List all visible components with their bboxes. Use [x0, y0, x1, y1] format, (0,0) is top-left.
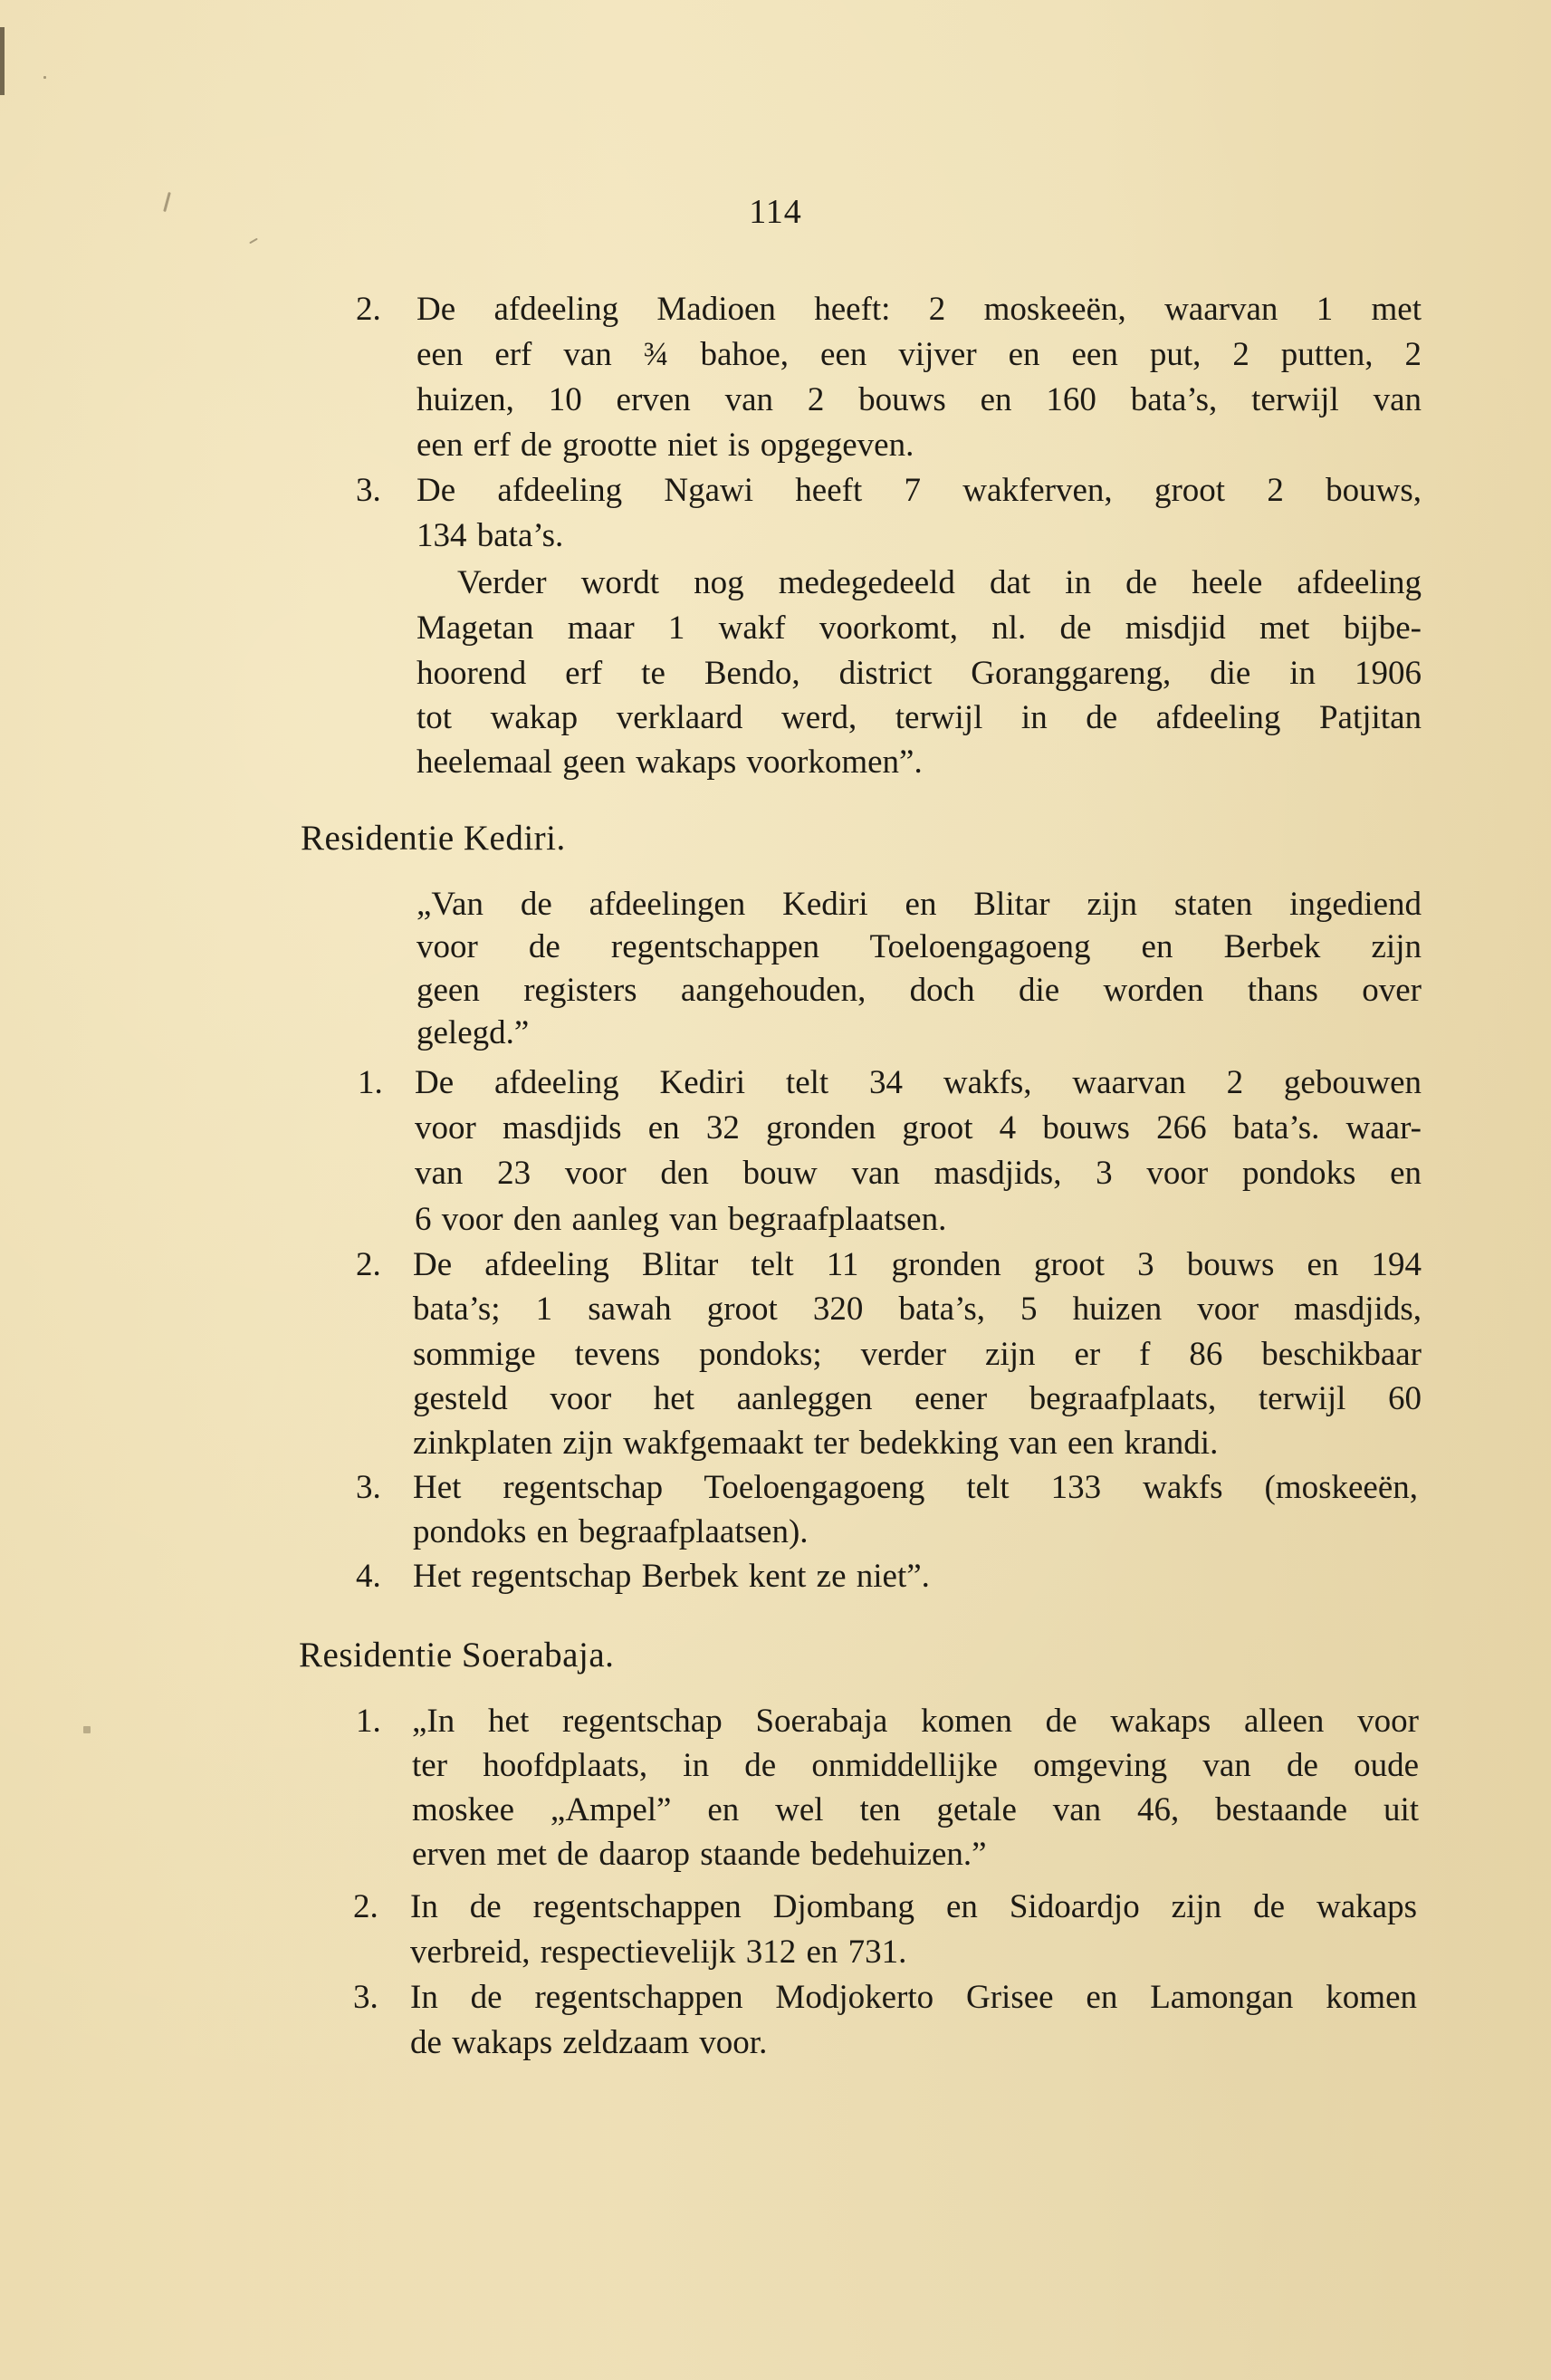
list-number: 3. — [356, 1466, 381, 1510]
text-line: Magetan maar 1 wakf voorkomt, nl. de mis… — [416, 607, 1422, 650]
text-line: een erf van ¾ bahoe, een vijver en een p… — [416, 333, 1422, 377]
text-line: erven met de daarop staande bedehuizen.” — [412, 1833, 1419, 1876]
text-line: ter hoofdplaats, in de onmiddellijke omg… — [412, 1744, 1419, 1788]
scan-speck — [249, 238, 258, 245]
text-line: De afdeeling Blitar telt 11 gronden groo… — [413, 1243, 1422, 1287]
text-line: de wakaps zeldzaam voor. — [410, 2021, 1417, 2065]
list-number: 1. — [358, 1061, 383, 1105]
text-line: voor de regentschappen Toeloengagoeng en… — [416, 926, 1422, 969]
text-line: De afdeeling Madioen heeft: 2 moskeeën, … — [416, 288, 1422, 331]
text-line: verbreid, respectievelijk 312 en 731. — [410, 1931, 1417, 1974]
text-line: 134 bata’s. — [416, 514, 1422, 558]
text-line: bata’s; 1 sawah groot 320 bata’s, 5 huiz… — [413, 1288, 1422, 1331]
page-number: 114 — [0, 192, 1551, 232]
text-line: moskee „Ampel” en wel ten getale van 46,… — [412, 1789, 1419, 1832]
section-heading-kediri: Residentie Kediri. — [301, 815, 566, 862]
text-line: tot wakap verklaard werd, terwijl in de … — [416, 696, 1422, 740]
list-number: 2. — [356, 288, 381, 331]
text-line: 6 voor den aanleg van begraafplaatsen. — [415, 1198, 1422, 1242]
text-line: van 23 voor den bouw van masdjids, 3 voo… — [415, 1152, 1422, 1195]
text-line: geen registers aangehouden, doch die wor… — [416, 969, 1422, 1012]
list-number: 4. — [356, 1555, 381, 1598]
text-line: huizen, 10 erven van 2 bouws en 160 bata… — [416, 379, 1422, 422]
text-line: De afdeeling Ngawi heeft 7 wakferven, gr… — [416, 469, 1422, 513]
text-line: De afdeeling Kediri telt 34 wakfs, waarv… — [415, 1061, 1422, 1105]
text-line: Verder wordt nog medegedeeld dat in de h… — [457, 561, 1422, 605]
text-line: In de regentschappen Djombang en Sidoard… — [410, 1886, 1417, 1929]
list-number: 3. — [356, 469, 381, 513]
text-line: „Van de afdeelingen Kediri en Blitar zij… — [416, 883, 1422, 926]
text-line: Het regentschap Toeloengagoeng telt 133 … — [413, 1466, 1418, 1510]
section-heading-soerabaja: Residentie Soerabaja. — [299, 1632, 614, 1679]
text-line: zinkplaten zijn wakfgemaakt ter bedekkin… — [413, 1422, 1422, 1465]
text-line: Het regentschap Berbek kent ze niet”. — [413, 1555, 1418, 1598]
text-line: gelegd.” — [416, 1012, 1422, 1055]
list-number: 1. — [356, 1700, 381, 1743]
binding-edge-mark — [0, 27, 5, 95]
text-line: „In het regentschap Soerabaja komen de w… — [412, 1700, 1419, 1743]
text-line: sommige tevens pondoks; verder zijn er f… — [413, 1333, 1422, 1377]
text-line: pondoks en begraafplaatsen). — [413, 1511, 1418, 1554]
text-line: voor masdjids en 32 gronden groot 4 bouw… — [415, 1107, 1422, 1150]
scan-speck — [83, 1726, 91, 1733]
list-number: 3. — [353, 1976, 378, 2020]
text-line: In de regentschappen Modjokerto Grisee e… — [410, 1976, 1417, 2020]
list-number: 2. — [353, 1886, 378, 1929]
scan-speck — [43, 76, 46, 79]
list-number: 2. — [356, 1243, 381, 1287]
text-line: heelemaal geen wakaps voorkomen”. — [416, 741, 1422, 784]
text-line: hoorend erf te Bendo, district Goranggar… — [416, 652, 1422, 696]
text-line: gesteld voor het aanleggen eener begraaf… — [413, 1377, 1422, 1421]
text-line: een erf de grootte niet is opgegeven. — [416, 424, 1422, 467]
